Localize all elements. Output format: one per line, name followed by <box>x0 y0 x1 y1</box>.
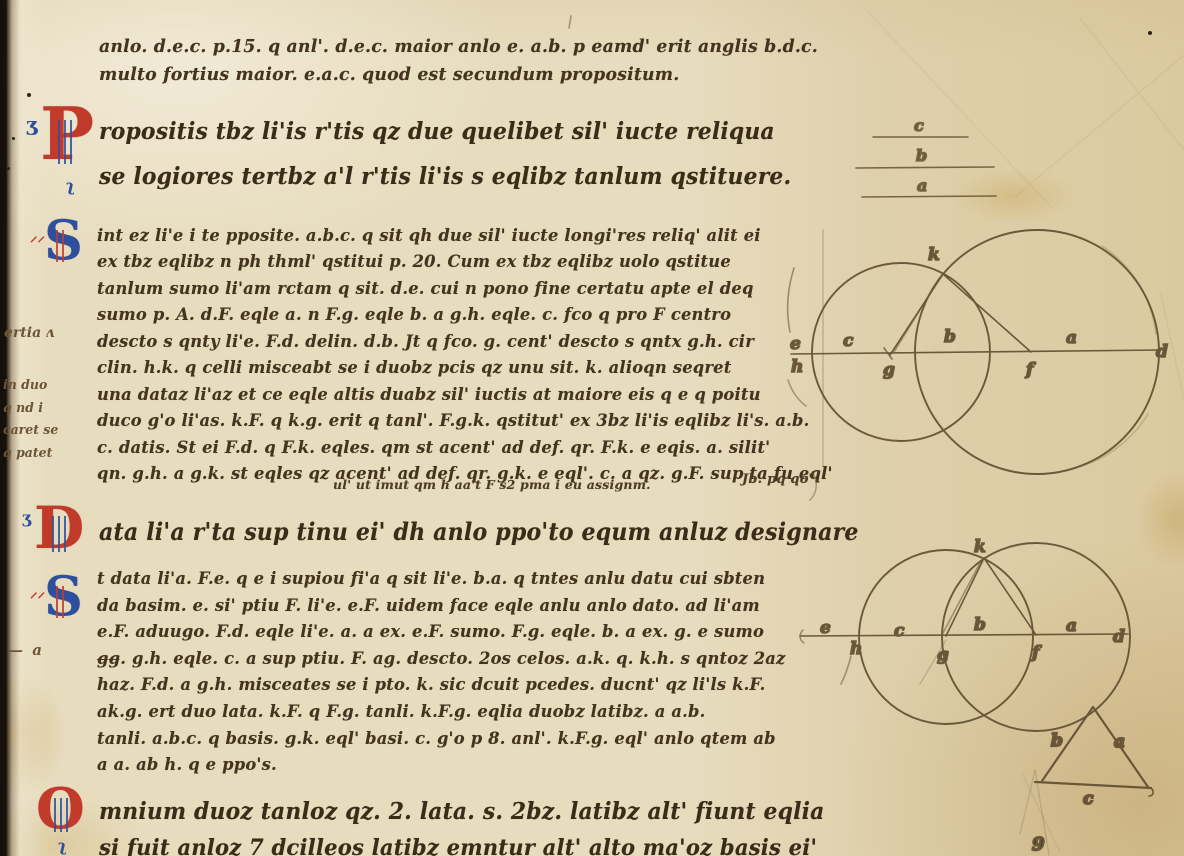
point-label-e: e <box>820 618 831 638</box>
point-label-h: h <box>850 639 862 659</box>
text-line: haz. F.d. a g.h. misceates se i pto. k. … <box>97 672 785 699</box>
prop22-heading: ropositis tbz li'is r'tis qz due quelibe… <box>99 109 828 199</box>
point-label-f: f <box>1025 360 1036 380</box>
ink-speck <box>12 137 15 140</box>
prop24-heading: mnium duoz tanloz qz. 2. lata. s. 2bz. l… <box>99 791 863 833</box>
pen-stroke <box>920 640 946 684</box>
text-line: a a. ab h. q e ppo's. <box>97 752 785 779</box>
point-label-d: d <box>1113 627 1125 647</box>
segment-label-b: b <box>916 146 927 165</box>
margin-letter-a: — a <box>8 641 44 659</box>
redrawn-arc <box>1082 414 1148 466</box>
margin-note-tertia: ertia ʌ <box>4 325 54 341</box>
margin-gloss-line: q patet <box>3 443 58 466</box>
circle-outline <box>942 543 1130 731</box>
text-line: da basim. e. si' ptiu F. li'e. e.F. uide… <box>97 593 785 620</box>
margin-gloss-line: in duo <box>3 375 58 398</box>
text-line: clin. h.k. q celli misceabt se i duobz p… <box>97 355 833 381</box>
text-line: int ez li'e i te pposite. a.b.c. q sit q… <box>97 223 833 249</box>
fragment-above: anlo. d.e.c. p.15. q anl'. d.e.c. maior … <box>99 33 848 89</box>
text-line: c. datis. St ei F.d. q F.k. eqles. qm st… <box>97 435 833 461</box>
text-line: anlo. d.e.c. p.15. q anl'. d.e.c. maior … <box>99 33 818 61</box>
text-line: sumo p. A. d.F. eqle a. n F.g. eqle b. a… <box>97 302 833 328</box>
margin-gloss-line: caret se <box>3 420 58 443</box>
faint-sketch <box>1020 770 1035 834</box>
text-line: t data li'a. F.e. q e i supiou fi'a q si… <box>97 566 785 593</box>
lower-circles-diagram: k e h c g b f a d <box>800 537 1130 731</box>
bleed-through-marks <box>868 12 1184 400</box>
ink-speck <box>27 93 31 97</box>
interline-note: ul' ut imut qm h aa't F s2 pma i eu assi… <box>333 477 651 492</box>
triangle-diagram: b a c 9 <box>1020 707 1153 855</box>
circle-outline <box>915 230 1159 474</box>
chord-k-g-double <box>894 276 941 352</box>
point-label-g: g <box>937 645 949 665</box>
margin-gloss-line: q nd i <box>3 398 58 421</box>
heading-line: ropositis tbz li'is r'tis qz due quelibe… <box>99 109 791 154</box>
text-line: multo fortius maior. e.a.c. quod est sec… <box>99 61 818 89</box>
text-line: descto s qnty li'e. F.d. delin. d.b. Jt … <box>97 329 833 355</box>
circle-outline <box>859 550 1033 724</box>
heading-line: ata li'a r'ta sup tinu ei' dh anlo ppo't… <box>99 511 859 553</box>
prop24-partial-line: si fuit anloz 7 dcilleos latibz emntur a… <box>99 835 847 856</box>
text-line: e.F. aduugo. F.d. eqle li'e. a. a ex. e.… <box>97 619 785 646</box>
initial-P-flourish: ʒ <box>26 112 37 136</box>
text-line: tanli. a.b.c. q basis. g.k. eql' basi. c… <box>97 726 785 753</box>
chord-k-g <box>890 274 943 355</box>
side-label-b: b <box>1051 731 1063 751</box>
text-line: tanlum sumo li'am rctam q sit. d.e. cui … <box>97 276 833 302</box>
margin-gloss: in duo q nd i caret se q patet <box>3 375 61 465</box>
prop23-body: t data li'a. F.e. q e i supiou fi'a q si… <box>97 566 814 779</box>
initial-S2: S <box>44 572 83 621</box>
pen-stroke <box>868 12 1052 208</box>
chord-k-g <box>946 558 984 636</box>
point-tick-g <box>884 348 892 359</box>
text-line: ex tbz eqlibz n ph thml' qstitui p. 20. … <box>97 249 833 275</box>
text-line: si fuit anloz 7 dcilleos latibz emntur a… <box>99 835 817 856</box>
initial-P: P <box>40 102 94 167</box>
initial-O: O <box>36 784 85 834</box>
heading-line: mnium duoz tanloz qz. 2. lata. s. 2bz. l… <box>99 791 824 833</box>
ink-speck <box>7 167 10 170</box>
point-label-d: d <box>1156 342 1168 362</box>
bottom-glyph: 9 <box>1032 834 1045 855</box>
faint-sketch <box>1023 775 1060 852</box>
point-label-g: g <box>883 360 895 380</box>
pen-stroke <box>841 656 851 684</box>
text-line: ak.g. ert duo lata. k.F. q F.g. tanli. k… <box>97 699 785 726</box>
initial-S1-flourish: ⸝⸝ <box>30 226 45 246</box>
heading-line: se logiores tertbz a'l r'tis li'is s eql… <box>99 154 791 199</box>
region-label-c: c <box>894 621 905 641</box>
initial-O-tail: ʅ <box>58 836 67 855</box>
ink-speck <box>1148 31 1152 35</box>
segment-label-c: c <box>914 116 924 135</box>
chord-k-g-double <box>943 561 981 633</box>
segment-b-line <box>856 167 994 168</box>
region-label-a: a <box>1066 328 1077 348</box>
interline-note-right: Jb. pq qo' <box>742 472 813 487</box>
baseline <box>800 634 1128 636</box>
initial-D-flourish: ʒ <box>22 508 31 527</box>
prop23-heading: ata li'a r'ta sup tinu ei' dh anlo ppo't… <box>99 511 925 553</box>
segment-a-line <box>862 196 996 197</box>
side-label-c: c <box>1083 789 1094 809</box>
pen-stroke <box>1016 55 1184 196</box>
region-label-b: b <box>974 615 986 635</box>
segments-diagram: c b a <box>856 116 996 197</box>
text-line: duco g'o li'as. k.F. q k.g. erit q tanl'… <box>97 408 833 434</box>
faint-sketch <box>1035 770 1049 855</box>
initial-S2-flourish: ⸝⸝ <box>30 582 45 602</box>
point-label-f: f <box>1031 643 1042 663</box>
side-label-a: a <box>1114 732 1125 752</box>
region-label-a: a <box>1066 616 1077 636</box>
point-label-k: k <box>928 245 940 265</box>
initial-D: D <box>34 502 84 554</box>
chord-k-f <box>943 274 1031 352</box>
prop22-body: int ez li'e i te pposite. a.b.c. q sit q… <box>97 223 863 488</box>
triangle-side-a <box>1093 707 1148 787</box>
triangle-base-c <box>1035 782 1151 788</box>
chord-k-f <box>984 558 1036 635</box>
manuscript-page: ertia ʌ in duo q nd i caret se q patet —… <box>0 0 1184 856</box>
segment-label-a: a <box>917 176 927 195</box>
pen-stroke <box>1160 290 1184 400</box>
triangle-side-b <box>1042 707 1093 781</box>
initial-S1: S <box>44 216 83 265</box>
pen-stroke <box>569 16 571 28</box>
initial-P-tail: ʅ <box>66 176 75 195</box>
pen-stroke <box>1149 788 1153 796</box>
redrawn-arc <box>1102 246 1156 334</box>
point-label-k: k <box>974 537 986 557</box>
text-line: g̶g̶. g.h. eqle. c. a sup ptiu. F. ag. d… <box>97 646 785 673</box>
pen-stroke <box>1080 18 1184 150</box>
text-line: una dataz li'az et ce eqle altis duabz s… <box>97 382 833 408</box>
region-label-b: b <box>944 327 956 347</box>
